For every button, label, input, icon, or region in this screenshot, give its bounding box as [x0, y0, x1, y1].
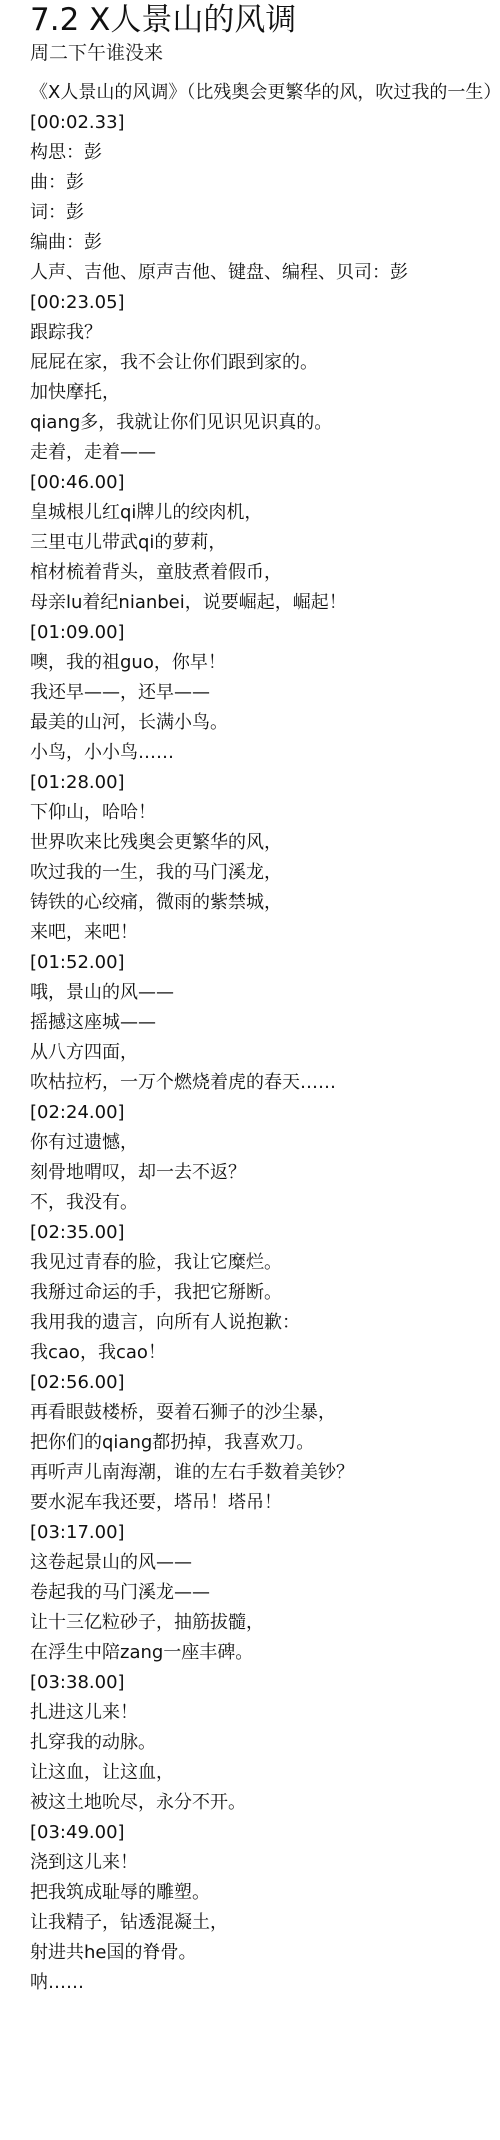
lyric-line: qiang多，我就让你们见识见识真的。: [30, 408, 500, 438]
lyric-line: 世界吹来比残奥会更繁华的风，: [30, 828, 500, 858]
lyric-line: [03:38.00]: [30, 1668, 500, 1698]
lyric-line: 我掰过命运的手，我把它掰断。: [30, 1278, 500, 1308]
lyric-line: 把我筑成耻辱的雕塑。: [30, 1878, 500, 1908]
lyric-line: 最美的山河，长满小鸟。: [30, 708, 500, 738]
lyric-line: 要水泥车我还要，塔吊！塔吊！: [30, 1488, 500, 1518]
lyric-line: 从八方四面，: [30, 1038, 500, 1068]
lyric-lines: [00:02.33]构思：彭曲：彭词：彭编曲：彭人声、吉他、原声吉他、键盘、编程…: [30, 108, 500, 1998]
lyric-line: 我用我的遗言，向所有人说抱歉：: [30, 1308, 500, 1338]
page-title: 7.2 X人景山的风调: [30, 2, 500, 38]
lyric-line: [01:52.00]: [30, 948, 500, 978]
lyric-line: 扎穿我的动脉。: [30, 1728, 500, 1758]
lyric-line: 吹枯拉朽，一万个燃烧着虎的春天……: [30, 1068, 500, 1098]
lyric-line: 我见过青春的脸，我让它糜烂。: [30, 1248, 500, 1278]
lyric-line: 走着，走着——: [30, 438, 500, 468]
lyric-line: 扎进这儿来！: [30, 1698, 500, 1728]
lyric-line: [00:23.05]: [30, 288, 500, 318]
lyric-line: 构思：彭: [30, 138, 500, 168]
lyric-line: 你有过遗憾，: [30, 1128, 500, 1158]
lyric-line: 曲：彭: [30, 168, 500, 198]
lyric-line: [03:17.00]: [30, 1518, 500, 1548]
lyric-line: [00:46.00]: [30, 468, 500, 498]
lyric-line: 摇撼这座城——: [30, 1008, 500, 1038]
lyric-line: 屁屁在家，我不会让你们跟到家的。: [30, 348, 500, 378]
lyric-line: 让这血，让这血，: [30, 1758, 500, 1788]
lyric-line: [01:28.00]: [30, 768, 500, 798]
lyrics-page: 7.2 X人景山的风调 周二下午谁没来 《X人景山的风调》（比残奥会更繁华的风，…: [0, 2, 500, 1998]
lyric-line: 噢，我的祖guo，你早！: [30, 648, 500, 678]
lyrics-intro: 《X人景山的风调》（比残奥会更繁华的风，吹过我的一生）: [30, 78, 500, 108]
lyric-line: 棺材梳着背头，童肢煮着假币，: [30, 558, 500, 588]
lyric-line: 词：彭: [30, 198, 500, 228]
lyrics-body: 《X人景山的风调》（比残奥会更繁华的风，吹过我的一生） [00:02.33]构思…: [30, 78, 500, 1998]
lyric-line: 被这土地吮尽，永分不开。: [30, 1788, 500, 1818]
lyric-line: 我cao，我cao！: [30, 1338, 500, 1368]
lyric-line: 呐……: [30, 1968, 500, 1998]
lyric-line: 我还早——，还早——: [30, 678, 500, 708]
lyric-line: 吹过我的一生，我的马门溪龙，: [30, 858, 500, 888]
lyric-line: 三里屯儿带武qi的萝莉，: [30, 528, 500, 558]
lyric-line: 刻骨地喟叹，却一去不返？: [30, 1158, 500, 1188]
lyric-line: 皇城根儿红qi牌儿的绞肉机，: [30, 498, 500, 528]
lyric-line: 来吧，来吧！: [30, 918, 500, 948]
lyric-line: 跟踪我？: [30, 318, 500, 348]
lyric-line: 在浮生中陪zang一座丰碑。: [30, 1638, 500, 1668]
lyric-line: [02:56.00]: [30, 1368, 500, 1398]
lyric-line: [03:49.00]: [30, 1818, 500, 1848]
lyric-line: 卷起我的马门溪龙——: [30, 1578, 500, 1608]
lyric-line: 母亲lu着纪nianbei，说要崛起，崛起！: [30, 588, 500, 618]
page-subtitle: 周二下午谁没来: [30, 40, 500, 66]
lyric-line: 再看眼鼓楼桥，耍着石狮子的沙尘暴，: [30, 1398, 500, 1428]
lyric-line: [01:09.00]: [30, 618, 500, 648]
lyric-line: 让我精子，钻透混凝土，: [30, 1908, 500, 1938]
lyric-line: 编曲：彭: [30, 228, 500, 258]
lyric-line: [02:24.00]: [30, 1098, 500, 1128]
lyric-line: 不，我没有。: [30, 1188, 500, 1218]
lyric-line: 加快摩托，: [30, 378, 500, 408]
lyric-line: 小鸟，小小鸟……: [30, 738, 500, 768]
lyric-line: 下仰山，哈哈！: [30, 798, 500, 828]
lyric-line: 铸铁的心绞痛，微雨的紫禁城，: [30, 888, 500, 918]
lyric-line: [00:02.33]: [30, 108, 500, 138]
lyric-line: [02:35.00]: [30, 1218, 500, 1248]
lyric-line: 把你们的qiang都扔掉，我喜欢刀。: [30, 1428, 500, 1458]
lyric-line: 再听声儿南海潮，谁的左右手数着美钞？: [30, 1458, 500, 1488]
lyric-line: 射进共he国的脊骨。: [30, 1938, 500, 1968]
lyric-line: 这卷起景山的风——: [30, 1548, 500, 1578]
lyric-line: 哦，景山的风——: [30, 978, 500, 1008]
lyric-line: 浇到这儿来！: [30, 1848, 500, 1878]
lyric-line: 人声、吉他、原声吉他、键盘、编程、贝司：彭: [30, 258, 500, 288]
lyric-line: 让十三亿粒砂子，抽筋拔髓，: [30, 1608, 500, 1638]
